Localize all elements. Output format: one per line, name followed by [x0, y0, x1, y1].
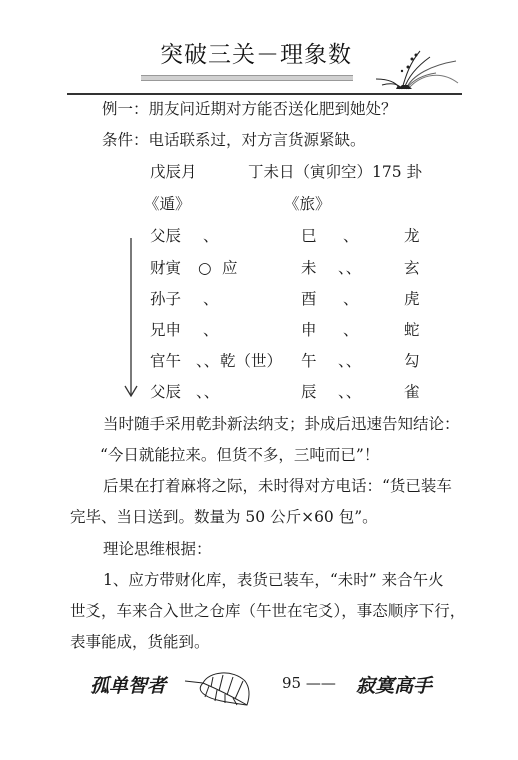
body-quote: “今日就能拉来。但货不多，三吨而已”！: [100, 445, 379, 465]
question-text: 朋友问近期对方能否送化肥到她处？: [149, 100, 397, 118]
page-title: 突破三关－理象数: [160, 36, 352, 69]
row-animal: 龙: [404, 226, 420, 246]
page-number: 95 ——: [282, 674, 336, 692]
row-animal: 雀: [404, 382, 420, 402]
row-right-mark: 、、: [338, 351, 361, 371]
row-left-branch: 兄申: [150, 320, 181, 340]
row-left-mark: 、、: [196, 382, 219, 402]
row-left-branch: 孙子: [150, 289, 181, 309]
row-left-branch: 官午: [150, 351, 181, 371]
row-left-branch: 财寅: [150, 258, 181, 278]
condition-label: 条件：: [102, 131, 149, 149]
row-left-mark: 、: [203, 320, 219, 340]
row-animal: 玄: [404, 258, 420, 278]
question-line: 例一：朋友问近期对方能否送化肥到她处？: [102, 99, 397, 119]
row-right-mark: 、: [343, 226, 359, 246]
down-arrow-icon: [124, 238, 138, 398]
row-right-branch: 巳: [301, 226, 317, 246]
row-animal: 蛇: [404, 320, 420, 340]
row-left-branch: 父辰: [150, 382, 181, 402]
row-animal: 虎: [404, 289, 420, 309]
gua-right-name: 《旅》: [284, 194, 331, 214]
footer-right-text: 寂寞高手: [356, 671, 432, 698]
row-note: 乾（世）: [220, 351, 282, 371]
month-text: 戊辰月: [150, 162, 197, 182]
row-right-branch: 午: [301, 351, 317, 371]
row-right-mark: 、、: [338, 258, 361, 278]
body-paragraph-4-line-3: 表事能成，货能到。: [70, 632, 210, 652]
body-paragraph-4-line-2: 世爻，车来合入世之仓库（午世在宅爻），事态顺序下行，: [70, 601, 465, 621]
row-right-branch: 酉: [301, 289, 317, 309]
row-right-branch: 辰: [301, 382, 317, 402]
question-label: 例一：: [102, 100, 149, 118]
row-note: 应: [222, 258, 238, 278]
row-left-mark: 、: [203, 289, 219, 309]
row-right-mark: 、: [343, 289, 359, 309]
body-paragraph-2-line-2: 完毕、当日送到。数量为 50 公斤×60 包”。: [70, 507, 378, 527]
row-left-branch: 父辰: [150, 226, 181, 246]
condition-text: 电话联系过，对方言货源紧缺。: [149, 131, 366, 149]
orchid-decoration-icon: [372, 45, 462, 91]
body-paragraph-1: 当时随手采用乾卦新法纳支；卦成后迅速告知结论：: [103, 414, 460, 434]
row-right-mark: 、、: [338, 382, 361, 402]
row-right-branch: 申: [301, 320, 317, 340]
row-left-mark: 、: [203, 226, 219, 246]
row-left-mark: 、、: [196, 351, 219, 371]
gua-left-name: 《遁》: [144, 194, 191, 214]
row-right-mark: 、: [343, 320, 359, 340]
header-rule: [67, 93, 462, 95]
row-animal: 勾: [404, 351, 420, 371]
body-paragraph-4-line-1: 1、应方带财化库，表货已装车，“未时” 来合午火: [103, 570, 444, 590]
condition-line: 条件：电话联系过，对方言货源紧缺。: [102, 130, 366, 150]
body-paragraph-2-line-1: 后果在打着麻将之际，未时得对方电话：“货已装车: [103, 476, 452, 496]
section-heading: 理论思维根据：: [103, 539, 212, 559]
day-text: 丁未日（寅卯空）175 卦: [248, 162, 422, 182]
row-left-mark: ○: [198, 258, 212, 278]
row-right-branch: 未: [301, 258, 317, 278]
leaf-decoration-icon: [183, 671, 253, 707]
footer-left-text: 孤单智者: [90, 671, 166, 698]
title-underline: [141, 75, 353, 81]
